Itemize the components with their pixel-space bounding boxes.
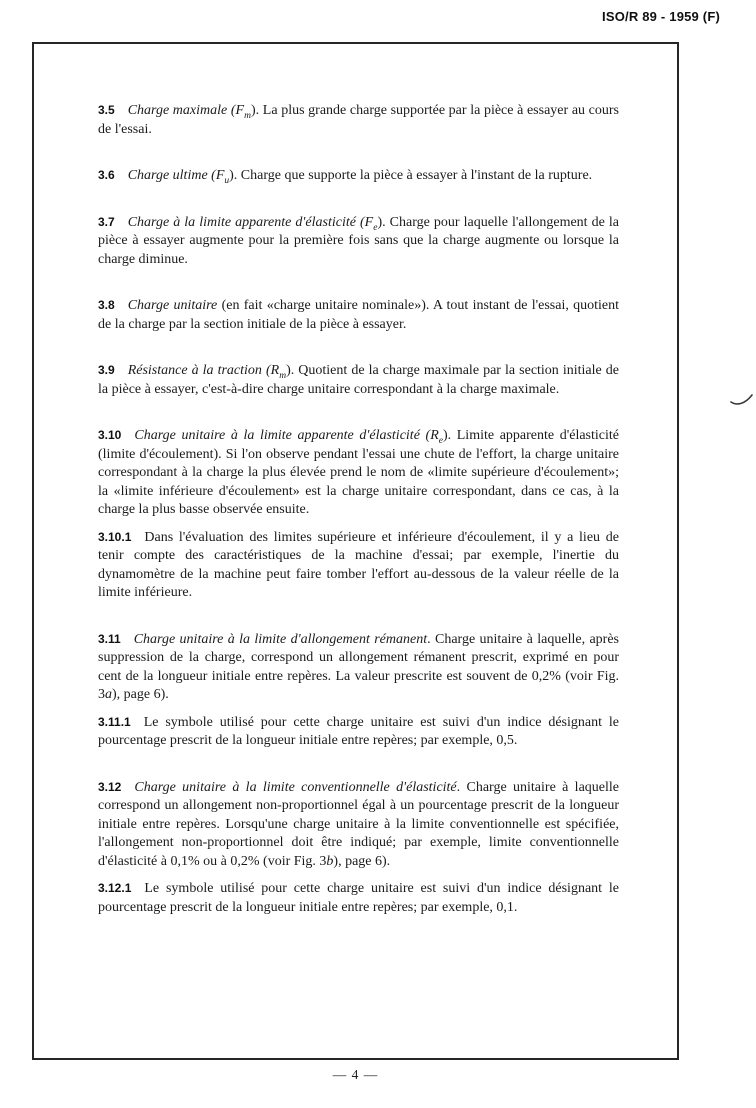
section-paragraph: 3.11.1Le symbole utilisé pour cette char… bbox=[98, 713, 619, 751]
text-segment: R bbox=[430, 428, 439, 443]
section-paragraph: 3.8Charge unitaire (en fait «charge unit… bbox=[98, 296, 619, 334]
section-paragraph: 3.12Charge unitaire à la limite conventi… bbox=[98, 778, 619, 872]
section-number: 3.12.1 bbox=[98, 881, 131, 895]
text-segment: ). Charge que supporte la pièce à essaye… bbox=[229, 168, 592, 183]
section-number: 3.12 bbox=[98, 780, 121, 794]
text-segment: Charge ultime ( bbox=[128, 168, 216, 183]
section-paragraph: 3.10Charge unitaire à la limite apparent… bbox=[98, 426, 619, 520]
section-number: 3.11.1 bbox=[98, 715, 131, 729]
text-segment: F bbox=[236, 103, 245, 118]
text-segment: Charge unitaire à la limite d'allongemen… bbox=[134, 632, 427, 647]
page-number: — 4 — bbox=[32, 1067, 679, 1083]
section-paragraph: 3.12.1Le symbole utilisé pour cette char… bbox=[98, 879, 619, 917]
section-number: 3.10 bbox=[98, 428, 121, 442]
text-segment: ), page 6). bbox=[112, 687, 169, 702]
section-number: 3.5 bbox=[98, 103, 115, 117]
section-number: 3.10.1 bbox=[98, 530, 131, 544]
document-body: 3.5Charge maximale (Fm). La plus grande … bbox=[98, 101, 619, 917]
page-border-frame: 3.5Charge maximale (Fm). La plus grande … bbox=[32, 42, 679, 1060]
text-segment: Charge à la limite apparente d'élasticit… bbox=[128, 215, 365, 230]
section-number: 3.9 bbox=[98, 363, 115, 377]
scan-artifact-mark bbox=[730, 392, 754, 408]
text-segment: R bbox=[271, 363, 280, 378]
section-paragraph: 3.11Charge unitaire à la limite d'allong… bbox=[98, 630, 619, 705]
document-reference: ISO/R 89 - 1959 (F) bbox=[602, 9, 720, 24]
text-segment: Résistance à la traction ( bbox=[128, 363, 271, 378]
section-paragraph: 3.9Résistance à la traction (Rm). Quotie… bbox=[98, 361, 619, 399]
text-segment: a bbox=[105, 687, 112, 702]
text-segment: m bbox=[244, 111, 251, 121]
text-segment: ), page 6). bbox=[333, 854, 390, 869]
section-paragraph: 3.5Charge maximale (Fm). La plus grande … bbox=[98, 101, 619, 139]
text-segment: Le symbole utilisé pour cette charge uni… bbox=[98, 881, 619, 915]
text-segment: Charge maximale ( bbox=[128, 103, 236, 118]
text-segment: Charge unitaire à la limite conventionne… bbox=[134, 780, 456, 795]
text-segment: Charge unitaire à la limite apparente d'… bbox=[134, 428, 430, 443]
section-paragraph: 3.7Charge à la limite apparente d'élasti… bbox=[98, 213, 619, 270]
section-paragraph: 3.6Charge ultime (Fu). Charge que suppor… bbox=[98, 166, 619, 186]
text-segment: Le symbole utilisé pour cette charge uni… bbox=[98, 715, 619, 749]
document-page: ISO/R 89 - 1959 (F) 3.5Charge maximale (… bbox=[0, 0, 756, 1108]
text-segment: F bbox=[365, 215, 374, 230]
section-number: 3.7 bbox=[98, 215, 115, 229]
section-number: 3.8 bbox=[98, 298, 115, 312]
section-number: 3.11 bbox=[98, 632, 121, 646]
text-segment: Dans l'évaluation des limites supérieure… bbox=[98, 530, 619, 601]
text-segment: Charge unitaire bbox=[128, 298, 222, 313]
section-number: 3.6 bbox=[98, 168, 115, 182]
section-paragraph: 3.10.1Dans l'évaluation des limites supé… bbox=[98, 528, 619, 603]
